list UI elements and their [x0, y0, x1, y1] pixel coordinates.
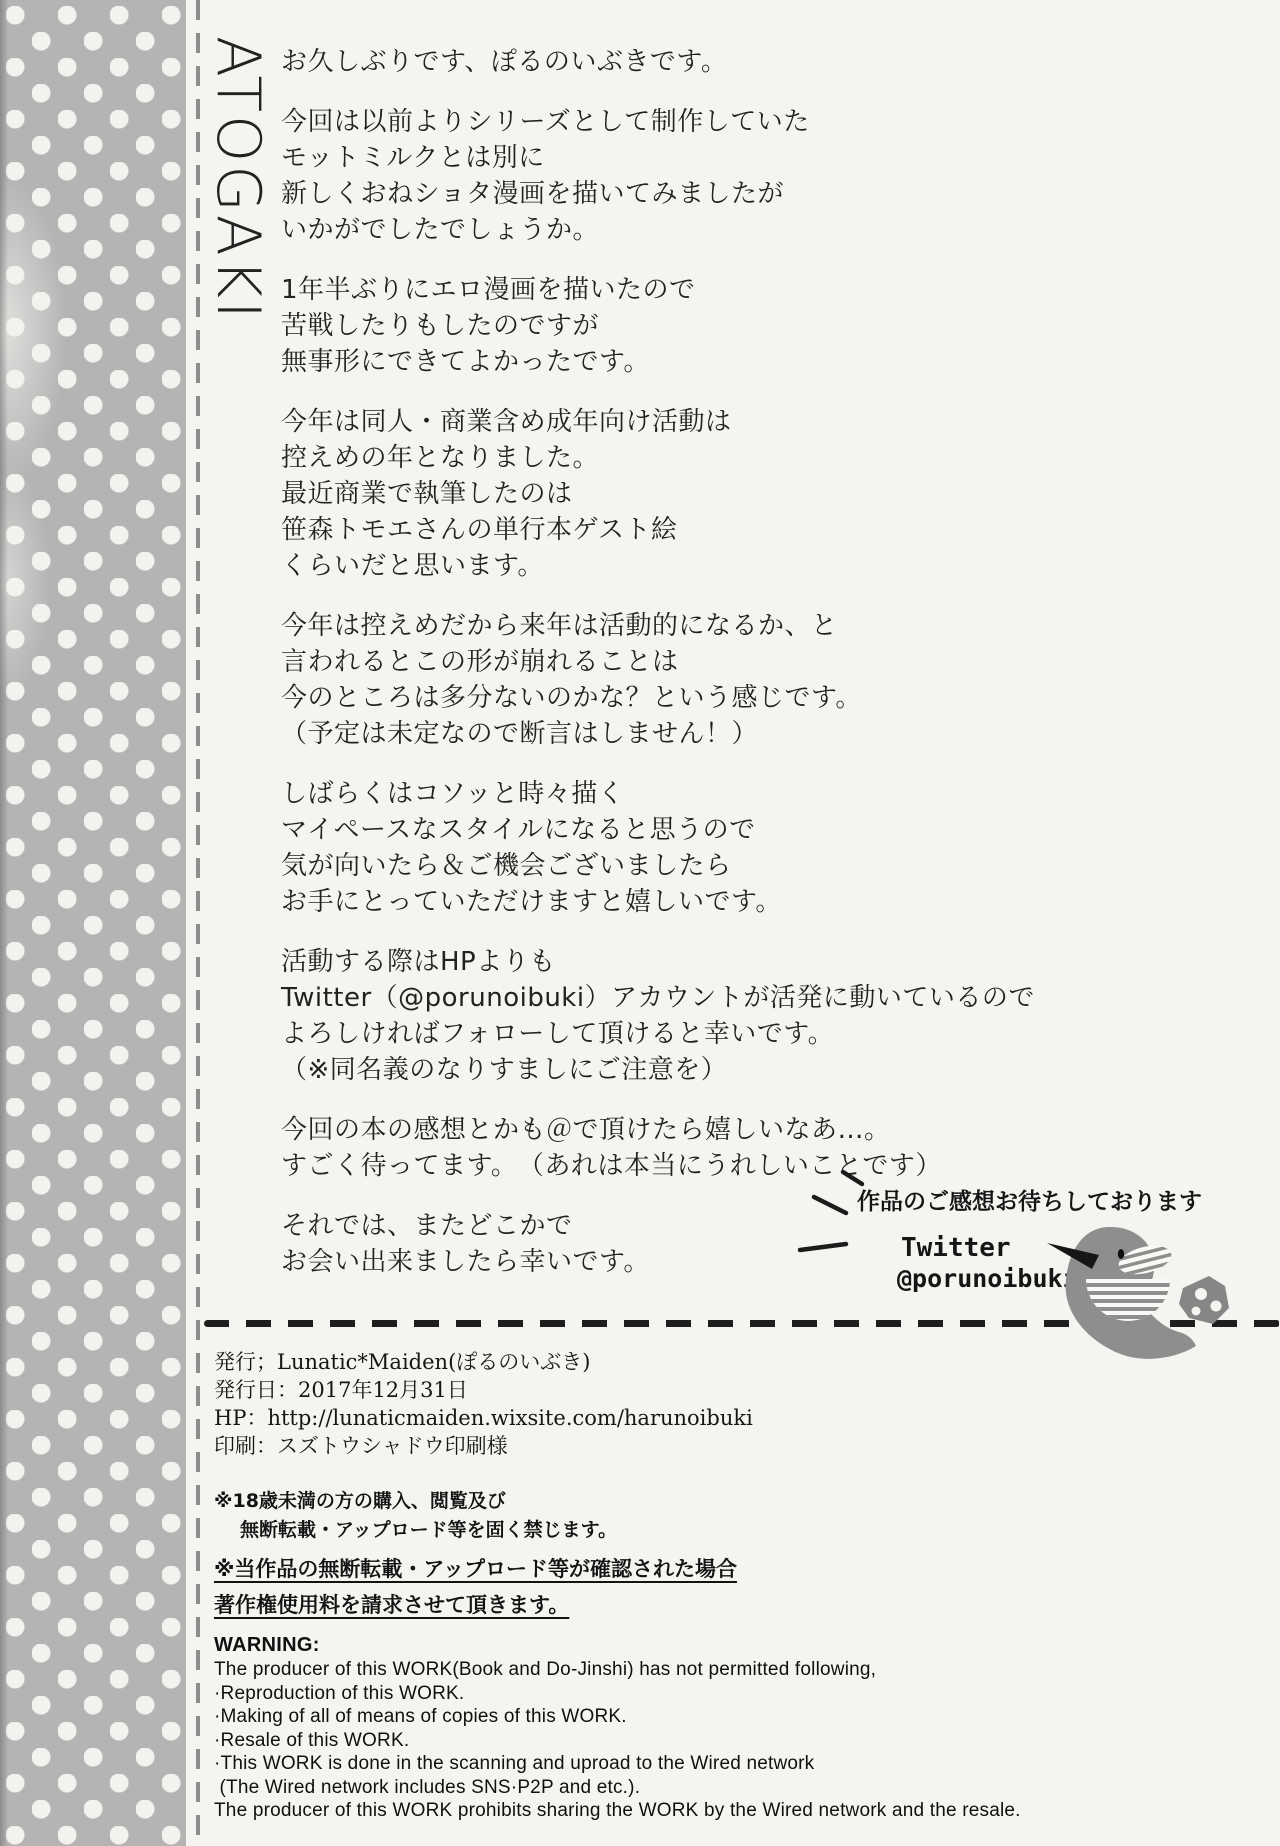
text-line: すごく待ってます。 （あれは本当にうれしいことです） [281, 1148, 1035, 1184]
text-line: ·Making of all of means of copies of thi… [214, 1705, 1274, 1729]
warning-title: WARNING: [214, 1633, 1274, 1658]
english-warning: WARNING: The producer of this WORK(Book … [214, 1633, 1274, 1823]
text-line: HP：http://lunaticmaiden.wixsite.com/haru… [214, 1404, 753, 1432]
stroke-3 [800, 1244, 846, 1250]
text-line: 今回の本の感想とかも＠で頂けたら嬉しいなあ…。 [281, 1112, 1035, 1148]
text-line: 今年は同人・商業含め成年向け活動は [281, 404, 1035, 440]
scan-page: ATOGAKI お久しぶりです、ぽるのいぶきです。今回は以前よりシリーズとして制… [0, 0, 1280, 1846]
paragraph: しばらくはコソッと時々描くマイペースなスタイルになると思うので気が向いたら＆ご機… [281, 776, 1035, 920]
paragraph: 今回の本の感想とかも＠で頂けたら嬉しいなあ…。すごく待ってます。 （あれは本当に… [281, 1112, 1035, 1184]
paragraph: 活動する際はHPよりもTwitter（@porunoibuki）アカウントが活発… [281, 944, 1035, 1088]
paragraph: 今年は同人・商業含め成年向け活動は控えめの年となりました。最近商業で執筆したのは… [281, 404, 1035, 584]
text-line: 最近商業で執筆したのは [281, 476, 1035, 512]
text-line: The producer of this WORK(Book and Do-Ji… [214, 1658, 1274, 1682]
text-line: 気が向いたら＆ご機会ございましたら [281, 848, 1035, 884]
text-line: マイペースなスタイルになると思うので [281, 812, 1035, 848]
bird-eye [1118, 1249, 1124, 1259]
stroke-2 [814, 1197, 846, 1213]
text-line: 笹森トモエさんの単行本ゲスト絵 [281, 512, 1035, 548]
text-line: (The Wired network includes SNS·P2P and … [214, 1776, 1274, 1800]
vertical-dashed-divider [196, 0, 200, 1846]
text-line: お手にとっていただけますと嬉しいです。 [281, 884, 1035, 920]
polka-dot-sidebar [0, 0, 186, 1846]
text-line: 新しくおねショタ漫画を描いてみましたが [281, 176, 1035, 212]
text-line: 活動する際はHPよりも [281, 944, 1035, 980]
text-line: 今年は控えめだから来年は活動的になるか、と [281, 608, 1035, 644]
paragraph: お久しぶりです、ぽるのいぶきです。 [281, 44, 1035, 80]
text-line: しばらくはコソッと時々描く [281, 776, 1035, 812]
bird-illustration [1033, 1222, 1278, 1367]
text-line: ·Resale of this WORK. [214, 1729, 1274, 1753]
atogaki-title: ATOGAKI [208, 36, 268, 322]
text-line: よろしければフォローして頂けると幸いです。 [281, 1016, 1035, 1052]
age-restriction-notice: ※18歳未満の方の購入、閲覧及び 無断転載・アップロード等を固く禁じます。 ※当… [214, 1487, 737, 1620]
text-line: The producer of this WORK prohibits shar… [214, 1799, 1274, 1823]
bird-tail-fin [1179, 1276, 1229, 1324]
age-notice-line: 無断転載・アップロード等を固く禁じます。 [214, 1516, 737, 1545]
text-line: お久しぶりです、ぽるのいぶきです。 [281, 44, 1035, 80]
age-notice-line: ※当作品の無断転載・アップロード等が確認された場合 [214, 1554, 737, 1584]
text-line: 1年半ぶりにエロ漫画を描いたので [281, 272, 1035, 308]
age-notice-line: ※18歳未満の方の購入、閲覧及び [214, 1487, 737, 1516]
text-line: 苦戦したりもしたのですが [281, 308, 1035, 344]
text-line: モットミルクとは別に [281, 140, 1035, 176]
text-line: 今のところは多分ないのかな？という感じです。 [281, 680, 1035, 716]
text-line: 言われるとこの形が崩れることは [281, 644, 1035, 680]
text-line: 発行；Lunatic*Maiden(ぽるのいぶき) [214, 1348, 753, 1376]
text-line: 今回は以前よりシリーズとして制作していた [281, 104, 1035, 140]
paragraph: 1年半ぶりにエロ漫画を描いたので苦戦したりもしたのですが無事形にできてよかったで… [281, 272, 1035, 380]
colophon: 発行；Lunatic*Maiden(ぽるのいぶき)発行日：2017年12月31日… [214, 1348, 753, 1460]
text-line: 印刷：スズトウシャドウ印刷様 [214, 1432, 753, 1460]
paragraph: 今年は控えめだから来年は活動的になるか、と言われるとこの形が崩れることは今のとこ… [281, 608, 1035, 752]
text-line: ·This WORK is done in the scanning and u… [214, 1752, 1274, 1776]
paragraph: 今回は以前よりシリーズとして制作していたモットミルクとは別に新しくおねショタ漫画… [281, 104, 1035, 248]
text-line: 発行日：2017年12月31日 [214, 1376, 753, 1404]
feedback-note: 作品のご感想お待ちしております [857, 1183, 1202, 1216]
text-line: 無事形にできてよかったです。 [281, 344, 1035, 380]
text-line: いかがでしたでしょうか。 [281, 212, 1035, 248]
twitter-label: Twitter [901, 1233, 1011, 1263]
text-line: くらいだと思います。 [281, 548, 1035, 584]
text-line: 控えめの年となりました。 [281, 440, 1035, 476]
warning-lines: The producer of this WORK(Book and Do-Ji… [214, 1658, 1274, 1823]
text-line: ·Reproduction of this WORK. [214, 1682, 1274, 1706]
afterword-text: お久しぶりです、ぽるのいぶきです。今回は以前よりシリーズとして制作していたモット… [281, 44, 1035, 1304]
age-notice-line: 著作権使用料を請求させて頂きます。 [214, 1590, 737, 1620]
text-line: （予定は未定なので断言はしません！） [281, 716, 1035, 752]
text-line: Twitter（@porunoibuki）アカウントが活発に動いているので [281, 980, 1035, 1016]
text-line: （※同名義のなりすましにご注意を） [281, 1052, 1035, 1088]
